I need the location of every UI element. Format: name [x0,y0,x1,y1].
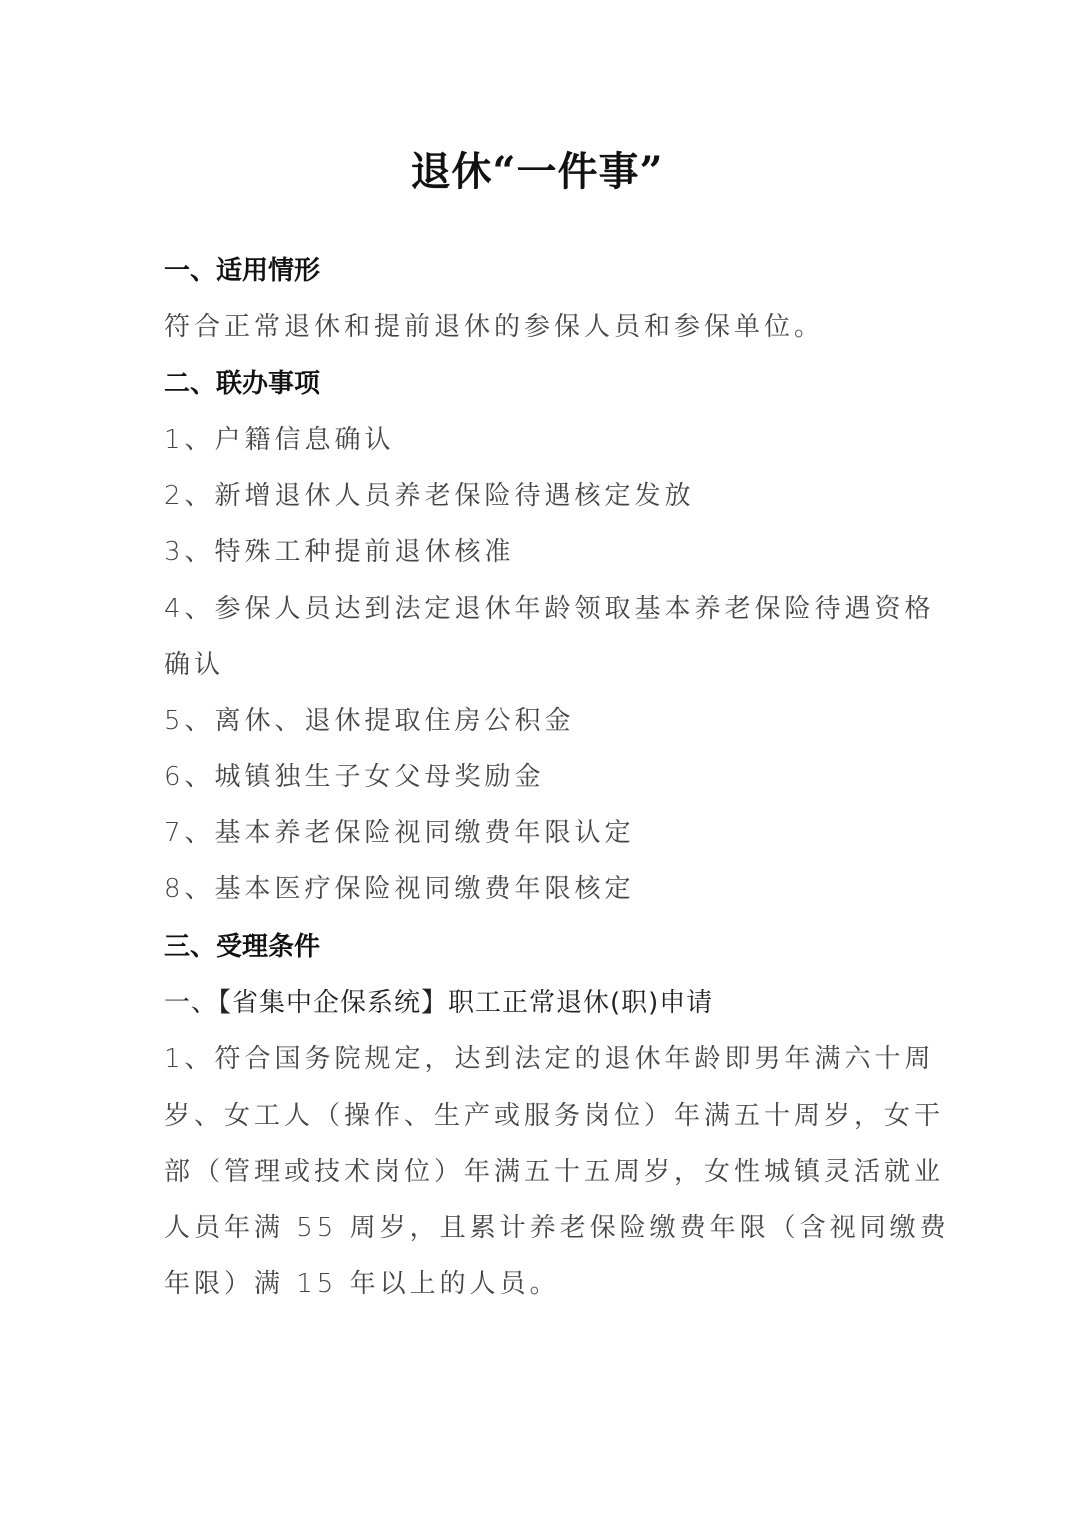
section-heading-applicable: 一、适用情形 [164,254,320,288]
document-title: 退休“一件事” [0,140,1074,197]
paragraph-line: 人员年满 55 周岁，且累计养老保险缴费年限（含视同缴费 [164,1211,950,1245]
list-item: 7、基本养老保险视同缴费年限认定 [164,816,635,850]
list-item: 6、城镇独生子女父母奖励金 [164,760,545,794]
list-item: 3、特殊工种提前退休核准 [164,535,515,569]
section-heading-joint-items: 二、联办事项 [164,367,320,401]
list-item: 5、离休、退休提取住房公积金 [164,704,575,738]
paragraph-line: 1、符合国务院规定，达到法定的退休年龄即男年满六十周 [164,1042,935,1076]
section-heading-conditions: 三、受理条件 [164,930,320,964]
subsection-heading: 一、【省集中企保系统】职工正常退休(职)申请 [164,986,713,1020]
list-item: 8、基本医疗保险视同缴费年限核定 [164,872,635,906]
paragraph-line: 岁、女工人（操作、生产或服务岗位）年满五十周岁，女干 [164,1099,944,1133]
paragraph-applicable: 符合正常退休和提前退休的参保人员和参保单位。 [164,310,824,344]
paragraph-line: 部（管理或技术岗位）年满五十五周岁，女性城镇灵活就业 [164,1155,944,1189]
list-item: 1、户籍信息确认 [164,423,395,457]
list-item: 2、新增退休人员养老保险待遇核定发放 [164,479,695,513]
list-item-continuation: 确认 [164,648,224,682]
list-item: 4、参保人员达到法定退休年龄领取基本养老保险待遇资格 [164,592,935,626]
paragraph-line: 年限）满 15 年以上的人员。 [164,1267,560,1301]
